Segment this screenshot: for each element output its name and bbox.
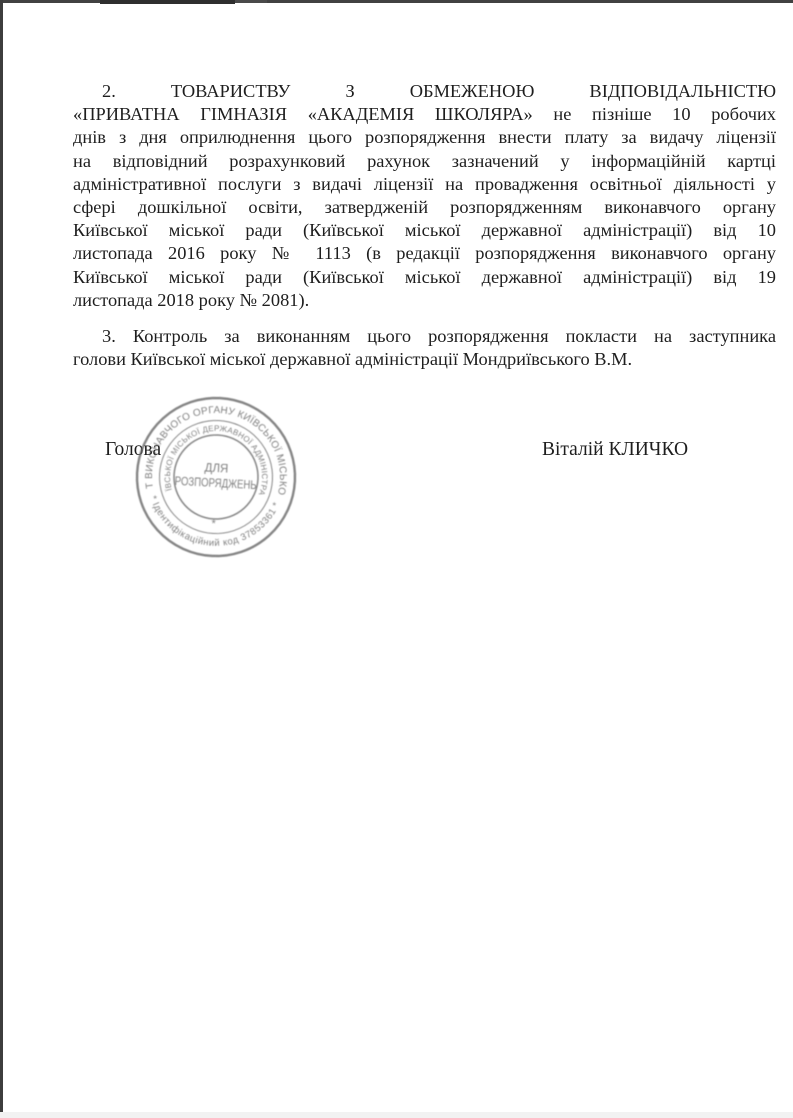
paragraph-line: Київської міської ради (Київської місько… bbox=[73, 219, 776, 242]
paragraph-line: голови Київської міської державної адмін… bbox=[73, 348, 776, 371]
scan-artifact-top-line-dark-segment bbox=[100, 0, 235, 4]
paragraph-line: адміністративної послуги з видачі ліценз… bbox=[73, 173, 776, 196]
official-round-stamp: АПАРАТ ВИКОНАВЧОГО ОРГАНУ КИЇВСЬКОЇ МІСЬ… bbox=[121, 382, 310, 571]
paragraph-line: днів з дня оприлюднення цього розпорядже… bbox=[73, 126, 776, 149]
paragraph-2: 2. ТОВАРИСТВУ З ОБМЕЖЕНОЮ ВІДПОВІДАЛЬНІС… bbox=[73, 80, 776, 312]
paragraph-line: листопада 2016 року № 1113 (в редакції р… bbox=[73, 242, 776, 265]
scan-artifact-top-line-dark-segment-2 bbox=[235, 0, 267, 3]
paragraph-line: «ПРИВАТНА ГІМНАЗІЯ «АКАДЕМІЯ ШКОЛЯРА» не… bbox=[73, 103, 776, 126]
paragraph-line: 3. Контроль за виконанням цього розпоряд… bbox=[73, 325, 776, 348]
signature-name: Віталій КЛИЧКО bbox=[542, 438, 688, 461]
stamp-inner-ring-star: * bbox=[211, 518, 217, 530]
paragraph-line: Київської міської ради (Київської місько… bbox=[73, 266, 776, 289]
scanned-document-page: 2. ТОВАРИСТВУ З ОБМЕЖЕНОЮ ВІДПОВІДАЛЬНІС… bbox=[0, 0, 793, 1118]
stamp-center-text-line1: ДЛЯ bbox=[204, 462, 228, 475]
document-body: 2. ТОВАРИСТВУ З ОБМЕЖЕНОЮ ВІДПОВІДАЛЬНІС… bbox=[73, 80, 776, 371]
stamp-center-text-line2: РОЗПОРЯДЖЕНЬ bbox=[174, 474, 257, 492]
paragraph-line: листопада 2018 року № 2081). bbox=[73, 289, 776, 312]
svg-text:*: * bbox=[211, 518, 217, 530]
paragraph-line: на відповідний розрахунковий рахунок заз… bbox=[73, 150, 776, 173]
paragraph-3: 3. Контроль за виконанням цього розпоряд… bbox=[73, 325, 776, 371]
scan-artifact-bottom-strip bbox=[0, 1112, 793, 1118]
paragraph-line: сфері дошкільної освіти, затвердженій ро… bbox=[73, 196, 776, 219]
scan-artifact-left-border bbox=[0, 0, 3, 1118]
paragraph-line: 2. ТОВАРИСТВУ З ОБМЕЖЕНОЮ ВІДПОВІДАЛЬНІС… bbox=[73, 80, 776, 103]
